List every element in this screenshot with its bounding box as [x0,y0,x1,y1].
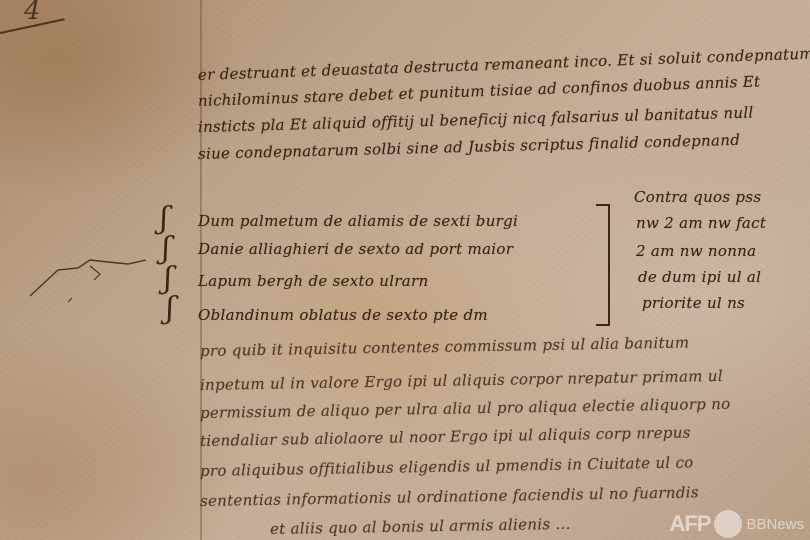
paragraph-mark-icon: ʃ [164,264,172,294]
paragraph-mark-icon: ʃ [162,234,170,264]
marginal-pointing-hand-icon [28,252,158,312]
bracketed-name-line: Oblandinum oblatus de sexto pte dm [198,306,488,324]
paragraph-mark-icon: ʃ [160,204,168,234]
right-column-line: nw 2 am nw fact [636,214,766,232]
bracketed-name-line: Lapum bergh de sexto ulrarn [198,272,428,290]
folio-number: 4 [24,0,41,26]
list-bracket [596,204,610,326]
afp-bbnews-watermark: AFP BBNews [669,510,804,538]
right-column-line: de dum ipi ul al [638,268,761,286]
watermark-bbnews: BBNews [746,516,804,533]
right-column-line: Contra quos pss [634,188,761,206]
watermark-circle-icon [714,510,742,538]
right-column-line: 2 am nw nonna [636,242,756,260]
paragraph-mark-icon: ʃ [166,294,174,324]
manuscript-photo: 4 er destruant et deuastata destructa re… [0,0,810,540]
bracketed-name-line: Danie alliaghieri de sexto ad port maior [198,240,513,258]
bracketed-name-line: Dum palmetum de aliamis de sexti burgi [198,212,518,230]
watermark-afp: AFP [669,511,710,537]
right-column-line: priorite ul ns [642,294,745,312]
